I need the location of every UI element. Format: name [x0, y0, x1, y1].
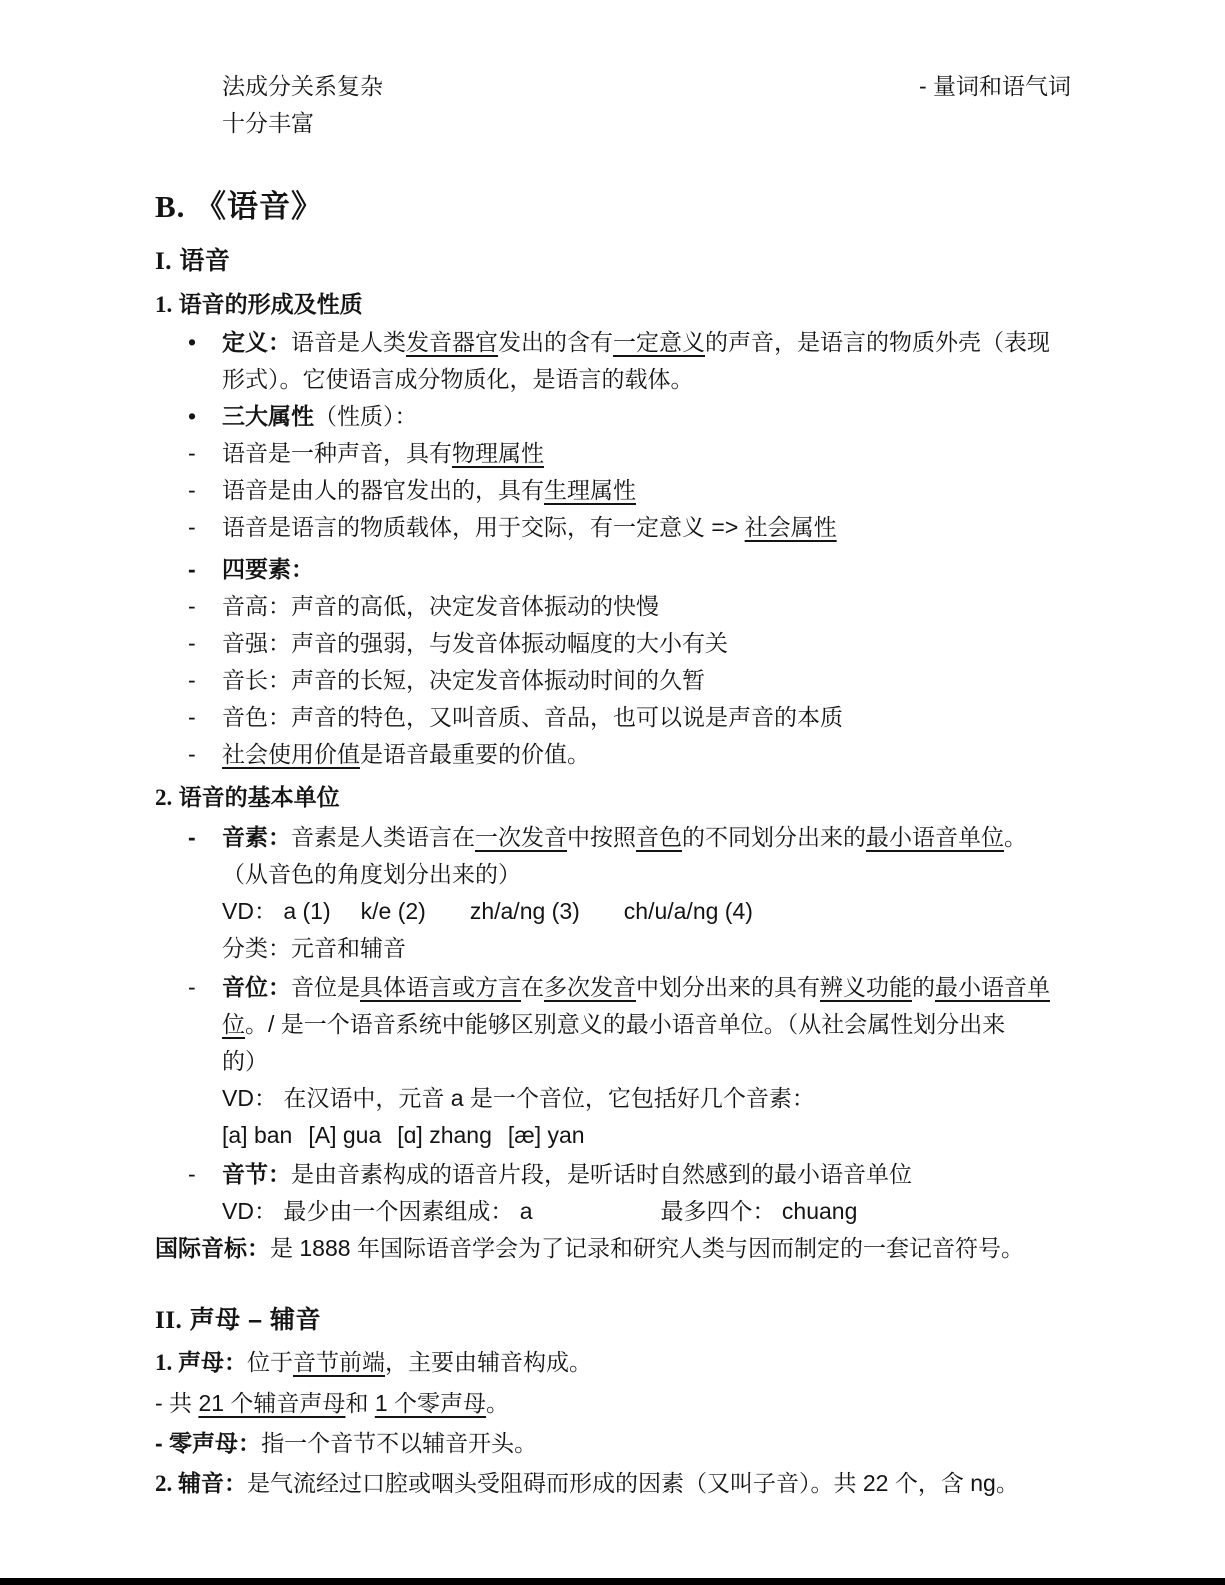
subheading-1: 1. 语音的形成及性质	[155, 285, 1071, 324]
text-run: 音素：	[222, 824, 291, 850]
text-run: [A] gua	[308, 1122, 381, 1148]
text-run: 声母：	[178, 1349, 247, 1375]
text-run: 2.	[155, 785, 172, 810]
tab-spacer	[381, 1142, 397, 1143]
dash-phonemic-unit: -音位：音位是具体语言或方言在多次发音中划分出来的具有辨义功能的最小语音单位。/…	[155, 969, 1071, 1080]
text-run: 音位是	[291, 974, 360, 1000]
dash-marker: -	[188, 509, 218, 546]
paragraph-text: VD： 最少由一个因素组成： a最多四个： chuang	[222, 1198, 857, 1224]
paragraph-text: B. 《语音》	[155, 189, 323, 224]
paragraph-text: 音高：声音的高低，决定发音体振动的快慢	[222, 593, 659, 619]
text-run: （从音色的角度划分出来的）	[222, 861, 521, 887]
paragraph-text: 音色：声音的特色，又叫音质、音品，也可以说是声音的本质	[222, 704, 843, 730]
text-run: 发出的含有	[498, 329, 613, 355]
dash-marker: -	[188, 472, 218, 509]
text-run: 多次发音	[544, 974, 636, 1000]
paragraph-text: 分类：元音和辅音	[222, 935, 406, 961]
text-run: 社会使用价值	[222, 741, 360, 767]
example-phoneme: VD： a (1)k/e (2)zh/a/ng (3)ch/u/a/ng (4)	[155, 893, 1071, 930]
dash-intensity: -音强：声音的强弱，与发音体振动幅度的大小有关	[155, 625, 1071, 662]
paragraph-text: 十分丰富	[222, 110, 314, 136]
paragraph-text: 四要素：	[222, 556, 314, 582]
text-run: 在	[521, 974, 544, 1000]
text-run: 和	[345, 1390, 374, 1416]
text-run: 一次发音	[475, 824, 567, 850]
text-run: B.	[155, 189, 185, 224]
text-run: 发音器官	[406, 329, 498, 355]
paragraph-text: 2. 辅音：是气流经过口腔或咽头受阻碍而形成的因素（又叫子音）。共 22 个，含…	[155, 1470, 1019, 1496]
text-run: 三大属性	[222, 403, 314, 429]
classification-line: 分类：元音和辅音	[155, 930, 1071, 967]
paragraph-text: 语音是语言的物质载体，用于交际，有一定意义 => 社会属性	[222, 514, 837, 540]
text-run: 2.	[155, 1471, 178, 1496]
bottom-edge-bar	[0, 1578, 1225, 1585]
tab-spacer	[331, 918, 361, 919]
text-run: 语音是由人的器官发出的，具有	[222, 477, 544, 503]
text-run: VD： 最少由一个因素组成： a	[222, 1198, 533, 1224]
dash-marker: -	[188, 662, 218, 699]
chapter-heading-i: I. 语音	[155, 240, 1071, 283]
text-run: I.	[155, 248, 172, 275]
text-run: 分类：元音和辅音	[222, 935, 406, 961]
text-run: 是由音素构成的语音片段，是听话时自然感到的最小语音单位	[291, 1161, 912, 1187]
dash-marker: -	[188, 588, 218, 625]
paragraph-text: 语音是一种声音，具有物理属性	[222, 440, 544, 466]
text-run: ，主要由辅音构成。	[385, 1349, 592, 1375]
text-run: 21 个辅音声母	[198, 1390, 345, 1416]
text-run: 是 1888 年国际语音学会为了记录和研究人类与因而制定的一套记音符号。	[270, 1235, 1024, 1261]
text-run: - 共	[155, 1390, 198, 1416]
paragraph-text: I. 语音	[155, 247, 230, 275]
tab-spacer	[426, 918, 470, 919]
paragraph-text: [a] ban[A] gua[ɑ] zhang[æ] yan	[222, 1122, 585, 1148]
dash-social-value: -社会使用价值是语音最重要的价值。	[155, 736, 1071, 773]
text-run: k/e (2)	[361, 898, 426, 924]
chapter-heading-ii: II. 声母 – 辅音	[155, 1299, 1071, 1342]
paragraph-text: 音位：音位是具体语言或方言在多次发音中划分出来的具有辨义功能的最小语音单位。/ …	[222, 974, 1050, 1074]
paragraph-text: - 零声母：指一个音节不以辅音开头。	[155, 1430, 537, 1456]
text-run: 的声音，是语言的物质外壳（表现	[705, 329, 1050, 355]
paragraph-text: 语音是由人的器官发出的，具有生理属性	[222, 477, 636, 503]
text-run: 《语音》	[185, 189, 323, 224]
text-run: - 零声母：	[155, 1430, 261, 1456]
paragraph-text: 1. 声母：位于音节前端，主要由辅音构成。	[155, 1349, 592, 1375]
paragraph-text: 音强：声音的强弱，与发音体振动幅度的大小有关	[222, 630, 728, 656]
text-run: 形式）。它使语言成分物质化，是语言的载体。	[222, 366, 694, 392]
text-run: 1.	[155, 1350, 178, 1375]
example-phonemic-intro: VD： 在汉语中，元音 a 是一个音位，它包括好几个音素：	[155, 1080, 1071, 1117]
text-run: 。	[486, 1390, 509, 1416]
text-run: 最多四个： chuang	[661, 1198, 858, 1224]
dash-marker: -	[188, 551, 218, 588]
dash-marker: -	[188, 699, 218, 736]
paragraph-text: 音长：声音的长短，决定发音体振动时间的久暂	[222, 667, 705, 693]
text-run: 语音是语言的物质载体，用于交际，有一定意义 =>	[222, 514, 745, 540]
paragraph-text: - 共 21 个辅音声母和 1 个零声母。	[155, 1390, 509, 1416]
text-run: 指一个音节不以辅音开头。	[261, 1430, 537, 1456]
text-run: 语音是人类	[291, 329, 406, 355]
consonant-definition: 2. 辅音：是气流经过口腔或咽头受阻碍而形成的因素（又叫子音）。共 22 个，含…	[155, 1463, 1071, 1504]
dash-social: -语音是语言的物质载体，用于交际，有一定意义 => 社会属性	[155, 509, 1071, 546]
text-run: 四要素：	[222, 556, 314, 582]
text-run: 音位：	[222, 974, 291, 1000]
dash-syllable: -音节：是由音素构成的语音片段，是听话时自然感到的最小语音单位	[155, 1156, 1071, 1193]
subheading-2: 2. 语音的基本单位	[155, 778, 1071, 817]
text-run: [a] ban	[222, 1122, 292, 1148]
split-left-text: 法成分关系复杂	[222, 68, 383, 105]
text-run: 音素是人类语言在	[291, 824, 475, 850]
carryover-row: 法成分关系复杂- 量词和语气词	[155, 68, 1071, 105]
text-run: 社会属性	[745, 514, 837, 540]
tab-spacer	[292, 1142, 308, 1143]
dash-four-elements: -四要素：	[155, 551, 1071, 588]
bullet-three-attributes: •三大属性（性质）：	[155, 398, 1071, 435]
example-syllable: VD： 最少由一个因素组成： a最多四个： chuang	[155, 1193, 1071, 1230]
dash-marker: -	[188, 435, 218, 472]
text-run: 音长：声音的长短，决定发音体振动时间的久暂	[222, 667, 705, 693]
document-page: 法成分关系复杂- 量词和语气词十分丰富B. 《语音》I. 语音1. 语音的形成及…	[0, 0, 1225, 1585]
text-run: 具体语言或方言	[360, 974, 521, 1000]
document-body: 法成分关系复杂- 量词和语气词十分丰富B. 《语音》I. 语音1. 语音的形成及…	[155, 0, 1071, 1504]
dash-phoneme: -音素：音素是人类语言在一次发音中按照音色的不同划分出来的最小语音单位。（从音色…	[155, 819, 1071, 893]
text-run: 音色	[636, 824, 682, 850]
text-run: [æ] yan	[508, 1122, 585, 1148]
dash-marker: -	[188, 736, 218, 773]
paragraph-text: 国际音标：是 1888 年国际语音学会为了记录和研究人类与因而制定的一套记音符号…	[155, 1235, 1024, 1261]
tab-spacer	[533, 1218, 661, 1219]
dash-marker: -	[188, 969, 218, 1006]
paragraph-text: 1. 语音的形成及性质	[155, 291, 363, 317]
text-run: ch/u/a/ng (4)	[624, 898, 753, 924]
paragraph-text: VD： 在汉语中，元音 a 是一个音位，它包括好几个音素：	[222, 1085, 815, 1111]
text-run: 生理属性	[544, 477, 636, 503]
bullet-marker: •	[188, 324, 218, 361]
text-run: 音色：声音的特色，又叫音质、音品，也可以说是声音的本质	[222, 704, 843, 730]
text-run: 中按照	[567, 824, 636, 850]
text-run: VD： a (1)	[222, 898, 331, 924]
bullet-definition: •定义：语音是人类发音器官发出的含有一定意义的声音，是语言的物质外壳（表现形式）…	[155, 324, 1071, 398]
text-run: 中划分出来的具有	[636, 974, 820, 1000]
paragraph-text: 社会使用价值是语音最重要的价值。	[222, 741, 590, 767]
text-run: 位	[222, 1011, 245, 1037]
paragraph-text: VD： a (1)k/e (2)zh/a/ng (3)ch/u/a/ng (4)	[222, 898, 753, 924]
initials-count: - 共 21 个辅音声母和 1 个零声母。	[155, 1383, 1071, 1423]
text-run: 物理属性	[452, 440, 544, 466]
text-run: 语音是一种声音，具有	[222, 440, 452, 466]
dash-timbre: -音色：声音的特色，又叫音质、音品，也可以说是声音的本质	[155, 699, 1071, 736]
text-run: 位于	[247, 1349, 293, 1375]
text-run: II.	[155, 1307, 182, 1334]
paragraph-text: 定义：语音是人类发音器官发出的含有一定意义的声音，是语言的物质外壳（表现形式）。…	[222, 329, 1050, 392]
dash-marker: -	[188, 1156, 218, 1193]
paragraph-text: II. 声母 – 辅音	[155, 1306, 321, 1334]
paragraph-text: 2. 语音的基本单位	[155, 784, 340, 810]
tab-spacer	[580, 918, 624, 919]
text-run: zh/a/ng (3)	[470, 898, 580, 924]
text-run: 法成分关系复杂	[222, 73, 383, 99]
text-run: [ɑ] zhang	[397, 1122, 492, 1148]
text-run: 语音	[172, 247, 230, 275]
text-run: 音强：声音的强弱，与发音体振动幅度的大小有关	[222, 630, 728, 656]
example-phonemic-list: [a] ban[A] gua[ɑ] zhang[æ] yan	[155, 1117, 1071, 1154]
initials-definition: 1. 声母：位于音节前端，主要由辅音构成。	[155, 1342, 1071, 1383]
dash-length: -音长：声音的长短，决定发音体振动时间的久暂	[155, 662, 1071, 699]
text-run: 。	[1004, 824, 1027, 850]
bullet-marker: •	[188, 398, 218, 435]
text-run: 十分丰富	[222, 110, 314, 136]
section-heading-b: B. 《语音》	[155, 184, 1071, 230]
text-run: 声母 – 辅音	[182, 1306, 321, 1334]
ipa-note: 国际音标：是 1888 年国际语音学会为了记录和研究人类与因而制定的一套记音符号…	[155, 1230, 1071, 1267]
carryover-line: 十分丰富	[155, 105, 1071, 142]
text-run: 定义：	[222, 329, 291, 355]
text-run: 最小语音单	[935, 974, 1050, 1000]
text-run: 辅音：	[178, 1470, 247, 1496]
text-run: 一定意义	[613, 329, 705, 355]
text-run: 是气流经过口腔或咽头受阻碍而形成的因素（又叫子音）。共 22 个，含 ng。	[247, 1470, 1019, 1496]
text-run: 的不同划分出来的	[682, 824, 866, 850]
text-run: 语音的形成及性质	[172, 291, 362, 317]
text-run: VD： 在汉语中，元音 a 是一个音位，它包括好几个音素：	[222, 1085, 815, 1111]
text-run: 音节：	[222, 1161, 291, 1187]
text-run: 语音的基本单位	[172, 784, 339, 810]
dash-physiological: -语音是由人的器官发出的，具有生理属性	[155, 472, 1071, 509]
paragraph-text: 三大属性（性质）：	[222, 403, 418, 429]
dash-pitch: -音高：声音的高低，决定发音体振动的快慢	[155, 588, 1071, 625]
text-run: 音高：声音的高低，决定发音体振动的快慢	[222, 593, 659, 619]
paragraph-text: 音节：是由音素构成的语音片段，是听话时自然感到的最小语音单位	[222, 1161, 912, 1187]
text-run: （性质）：	[314, 403, 418, 429]
split-right-text: - 量词和语气词	[919, 68, 1071, 105]
paragraph-text: 音素：音素是人类语言在一次发音中按照音色的不同划分出来的最小语音单位。（从音色的…	[222, 824, 1027, 887]
dash-marker: -	[188, 819, 218, 856]
dash-marker: -	[188, 625, 218, 662]
text-run: 。/ 是一个语音系统中能够区别意义的最小语音单位。（从社会属性划分出来	[245, 1011, 1005, 1037]
text-run: 辨义功能	[820, 974, 912, 1000]
tab-spacer	[492, 1142, 508, 1143]
text-run: 1.	[155, 292, 172, 317]
text-run: 的）	[222, 1048, 268, 1074]
text-run: 国际音标：	[155, 1235, 270, 1261]
text-run: 最小语音单位	[866, 824, 1004, 850]
text-run: 1 个零声母	[375, 1390, 486, 1416]
text-run: - 量词和语气词	[919, 73, 1071, 99]
dash-physical: -语音是一种声音，具有物理属性	[155, 435, 1071, 472]
zero-initial: - 零声母：指一个音节不以辅音开头。	[155, 1423, 1071, 1463]
text-run: 音节前端	[293, 1349, 385, 1375]
text-run: 的	[912, 974, 935, 1000]
text-run: 是语音最重要的价值。	[360, 741, 590, 767]
